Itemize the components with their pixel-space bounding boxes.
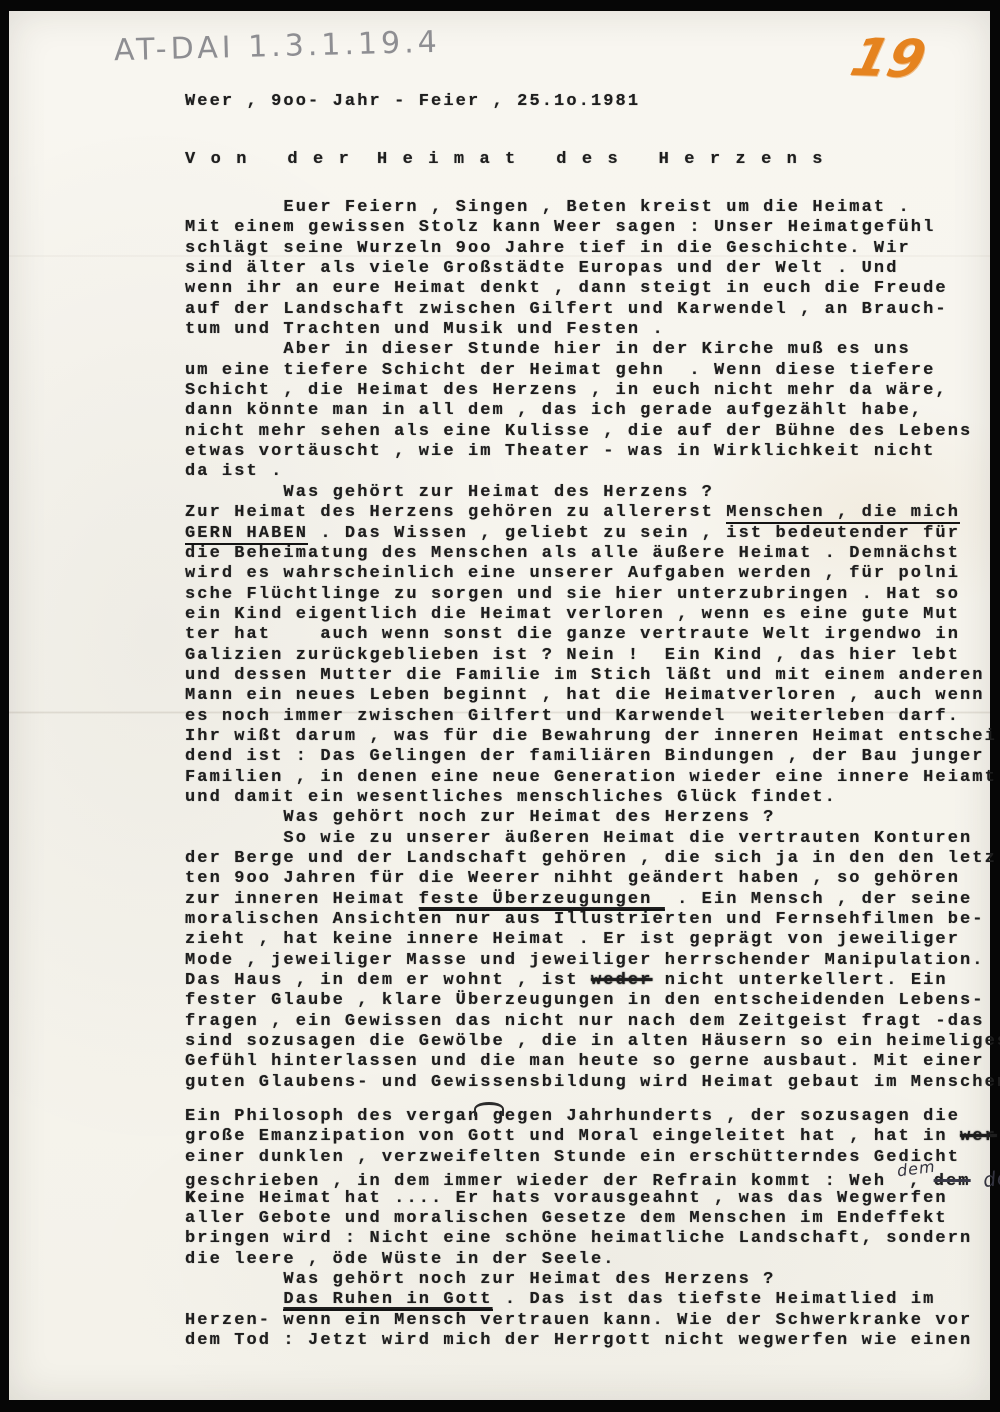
typed-text: Euer Feiern , Singen , Beten kreist um d… [185, 198, 911, 217]
document-title: V o n d e r H e i m a t d e s H e r z e … [185, 150, 825, 169]
typed-text: die Beheimatung des Menschen als alle äu… [185, 544, 960, 563]
typed-text: und dessen Mutter die Familie im Stich l… [185, 666, 985, 685]
text-line: schlägt seine Wurzeln 9oo Jahre tief in … [185, 239, 997, 259]
text-line: fragen , ein Gewissen das nicht nur nach… [185, 1012, 997, 1032]
text-line: da ist . [185, 462, 997, 482]
typed-text: um eine tiefere Schicht der Heimat gehn … [185, 361, 935, 380]
typed-text: Herzen- wenn ein Mensch vertrauen kann. … [185, 1311, 972, 1330]
text-line: um eine tiefere Schicht der Heimat gehn … [185, 361, 997, 381]
underlined-text: Das Ruhen in Gott [283, 1290, 492, 1311]
typed-text: Das Haus , in dem er wohnt , ist [185, 971, 591, 990]
text-line: einer dunklen , verzweifelten Stunde ein… [185, 1148, 997, 1168]
text-line: auf der Landschaft zwischen Gilfert und … [185, 300, 997, 320]
typed-text: große Emanzipation von Gott und Moral ei… [185, 1127, 960, 1146]
text-line: Schicht , die Heimat des Herzens , in eu… [185, 381, 997, 401]
typed-text: Schicht , die Heimat des Herzens , in eu… [185, 381, 948, 400]
text-line: große Emanzipation von Gott und Moral ei… [185, 1127, 997, 1147]
typed-text: sind älter als viele Großstädte Europas … [185, 259, 899, 278]
typed-text: sche Flüchtlinge zu sorgen und sie hier … [185, 585, 960, 604]
typed-text: der Berge und der Landschaft gehören , d… [185, 849, 997, 868]
text-line: Galizien zurückgeblieben ist ? Nein ! Ei… [185, 646, 997, 666]
text-line: Mit einem gewissen Stolz kann Weer sagen… [185, 218, 997, 238]
text-line: es noch immer zwischen Gilfert und Karwe… [185, 707, 997, 727]
typed-text: moralischen Ansichten nur aus Illustrier… [185, 910, 985, 929]
text-line: sind sozusagen die Gewölbe , die in alte… [185, 1032, 997, 1052]
archive-reference-annotation: AT-DAI 1.3.1.19.4 [114, 25, 442, 69]
typed-text: die leere , öde Wüste in der Seele. [185, 1250, 616, 1269]
text-line: zur inneren Heimat feste Überzeugungen .… [185, 890, 997, 910]
text-line: Euer Feiern , Singen , Beten kreist um d… [185, 198, 997, 218]
text-line: Mann ein neues Leben beginnt , hat die H… [185, 686, 997, 706]
text-line: Familien , in denen eine neue Generation… [185, 768, 997, 788]
text-line: die leere , öde Wüste in der Seele. [185, 1250, 997, 1270]
typed-text: . Ein Mensch , der seine [665, 890, 973, 909]
typed-text: zieht , hat keine innere Heimat . Er ist… [185, 930, 960, 949]
typed-text: Was gehört noch zur Heimat des Herzens ? [185, 1270, 775, 1289]
text-line: Ein Philosoph des vergan gegen Jahrhunde… [185, 1107, 997, 1127]
text-line: aller Gebote und moralischen Gesetze dem… [185, 1209, 997, 1229]
typed-text: gegen Jahrhunderts , der sozusagen die [493, 1107, 960, 1126]
typed-text: ter hat auch wenn sonst die ganze vertra… [185, 625, 960, 644]
typed-text: wird es wahrscheinlich eine unserer Aufg… [185, 564, 960, 583]
typed-text: schlägt seine Wurzeln 9oo Jahre tief in … [185, 239, 911, 258]
typed-text: dann könnte man in all dem , das ich ger… [185, 401, 923, 420]
scan-frame: { "colors": { "paper": "#f6f4ee", "typew… [0, 0, 1000, 1412]
text-line: der Berge und der Landschaft gehören , d… [185, 849, 997, 869]
document-body: Euer Feiern , Singen , Beten kreist um d… [185, 198, 997, 1351]
typed-text: Ein Philosoph des vergan [185, 1107, 480, 1126]
handwritten-tie-mark [480, 1107, 492, 1126]
struck-text: weder [591, 971, 653, 990]
text-line: ein Kind eigentlich die Heimat verloren … [185, 605, 997, 625]
typed-text: sind sozusagen die Gewölbe , die in alte… [185, 1032, 1000, 1051]
text-line: nicht mehr sehen als eine Kulisse , die … [185, 422, 997, 442]
typed-text: etwas vortäuscht , wie im Theater - was … [185, 442, 935, 461]
document-dateline: Weer , 9oo- Jahr - Feier , 25.1o.1981 [185, 92, 640, 111]
text-line: ten 9oo Jahren für die Weerer nihht geän… [185, 869, 997, 889]
typed-text: aller Gebote und moralischen Gesetze dem… [185, 1209, 948, 1228]
text-line: dend ist : Das Gelingen der familiären B… [185, 747, 997, 767]
text-line: Zur Heimat des Herzens gehören zu allere… [185, 503, 997, 523]
text-line: bringen wird : Nicht eine schöne heimatl… [185, 1229, 997, 1249]
typed-text: Aber in dieser Stunde hier in der Kirche… [185, 340, 911, 359]
typed-text: Ihr wißt darum , was für die Bewahrung d… [185, 727, 997, 746]
text-line: zieht , hat keine innere Heimat . Er ist… [185, 930, 997, 950]
typed-text: zur inneren Heimat [185, 890, 419, 909]
text-line: moralischen Ansichten nur aus Illustrier… [185, 910, 997, 930]
typed-text: nicht unterkellert. Ein [652, 971, 947, 990]
typed-text: Zur Heimat des Herzens gehören zu allere… [185, 503, 726, 522]
struck-text: wer [960, 1127, 997, 1146]
typed-text: da ist . [185, 462, 283, 481]
page-number-annotation: 19 [845, 28, 932, 90]
text-line: und damit ein wesentliches menschliches … [185, 788, 997, 808]
typed-text: fragen , ein Gewissen das nicht nur nach… [185, 1012, 985, 1031]
text-line: ter hat auch wenn sonst die ganze vertra… [185, 625, 997, 645]
typed-text: . Das Wissen , geliebt zu sein , ist bed… [308, 524, 960, 543]
typed-text: eine Heimat hat .... Er hats vorausgeahn… [197, 1189, 947, 1208]
text-line: fester Glaube , klare Überzeugungen in d… [185, 991, 997, 1011]
typed-text: ten 9oo Jahren für die Weerer nihht geän… [185, 869, 960, 888]
typed-text: Mode , jeweiliger Masse und jeweiliger h… [185, 951, 985, 970]
typed-text: und damit ein wesentliches menschliches … [185, 788, 837, 807]
text-line: Was gehört noch zur Heimat des Herzens ? [185, 1270, 997, 1290]
underlined-text: Menschen , die mich [726, 503, 960, 524]
text-line: sind älter als viele Großstädte Europas … [185, 259, 997, 279]
text-line: dann könnte man in all dem , das ich ger… [185, 401, 997, 421]
typed-text: guten Glaubens- und Gewissensbildung wir… [185, 1073, 1000, 1092]
typed-text: dend ist : Das Gelingen der familiären B… [185, 747, 985, 766]
text-line: So wie zu unserer äußeren Heimat die ver… [185, 829, 997, 849]
handwritten-correction: der [982, 1166, 1000, 1191]
typed-text: wenn ihr an eure Heimat denkt , dann ste… [185, 279, 948, 298]
text-line: wird es wahrscheinlich eine unserer Aufg… [185, 564, 997, 584]
typed-text: Gefühl hinterlassen und die man heute so… [185, 1052, 985, 1071]
typed-text: fester Glaube , klare Überzeugungen in d… [185, 991, 985, 1010]
typed-text: Was gehört zur Heimat des Herzens ? [185, 483, 714, 502]
text-line: dem Tod : Jetzt wird mich der Herrgott n… [185, 1331, 997, 1351]
underlined-text: feste Überzeugungen [419, 890, 665, 911]
typed-text: es noch immer zwischen Gilfert und Karwe… [185, 707, 960, 726]
typed-text: auf der Landschaft zwischen Gilfert und … [185, 300, 948, 319]
text-line: wenn ihr an eure Heimat denkt , dann ste… [185, 279, 997, 299]
typed-text: Mit einem gewissen Stolz kann Weer sagen… [185, 218, 935, 237]
typed-text: So wie zu unserer äußeren Heimat die ver… [185, 829, 972, 848]
text-line: Das Ruhen in Gott . Das ist das tiefste … [185, 1290, 997, 1310]
typed-text: Mann ein neues Leben beginnt , hat die H… [185, 686, 985, 705]
text-line: Keine Heimat hat .... Er hats vorausgeah… [185, 1189, 997, 1209]
text-line: Was gehört zur Heimat des Herzens ? [185, 483, 997, 503]
text-line: tum und Trachten und Musik und Festen . [185, 320, 997, 340]
text-line: geschrieben , in dem immer wieder der Re… [185, 1168, 997, 1188]
text-line: Was gehört noch zur Heimat des Herzens ? [185, 808, 997, 828]
text-line: Das Haus , in dem er wohnt , ist weder n… [185, 971, 997, 991]
text-line: Herzen- wenn ein Mensch vertrauen kann. … [185, 1311, 997, 1331]
typed-text: ein Kind eigentlich die Heimat verloren … [185, 605, 960, 624]
typed-text: K [185, 1189, 197, 1208]
scanned-page: AT-DAI 1.3.1.19.4 19 Weer , 9oo- Jahr - … [9, 11, 990, 1400]
text-line: guten Glaubens- und Gewissensbildung wir… [185, 1073, 997, 1093]
text-line: und dessen Mutter die Familie im Stich l… [185, 666, 997, 686]
text-line: Ihr wißt darum , was für die Bewahrung d… [185, 727, 997, 747]
typed-text [971, 1172, 983, 1191]
text-line: etwas vortäuscht , wie im Theater - was … [185, 442, 997, 462]
typed-text [185, 1290, 283, 1309]
typed-text: Familien , in denen eine neue Generation… [185, 768, 997, 787]
typed-text: bringen wird : Nicht eine schöne heimatl… [185, 1229, 972, 1248]
text-line: Mode , jeweiliger Masse und jeweiliger h… [185, 951, 997, 971]
typed-text: einer dunklen , verzweifelten Stunde ein… [185, 1148, 960, 1167]
typed-text: Galizien zurückgeblieben ist ? Nein ! Ei… [185, 646, 960, 665]
underlined-text: GERN HABEN [185, 524, 308, 545]
typed-text: Was gehört noch zur Heimat des Herzens ? [185, 808, 775, 827]
typed-text: dem Tod : Jetzt wird mich der Herrgott n… [185, 1331, 972, 1350]
typed-text: nicht mehr sehen als eine Kulisse , die … [185, 422, 972, 441]
typed-text: tum und Trachten und Musik und Festen . [185, 320, 665, 339]
text-line: sche Flüchtlinge zu sorgen und sie hier … [185, 585, 997, 605]
text-line: die Beheimatung des Menschen als alle äu… [185, 544, 997, 564]
text-line: GERN HABEN . Das Wissen , geliebt zu sei… [185, 524, 997, 544]
text-line: Gefühl hinterlassen und die man heute so… [185, 1052, 997, 1072]
text-line: Aber in dieser Stunde hier in der Kirche… [185, 340, 997, 360]
typed-text: . Das ist das tiefste Heimatlied im [493, 1290, 936, 1309]
